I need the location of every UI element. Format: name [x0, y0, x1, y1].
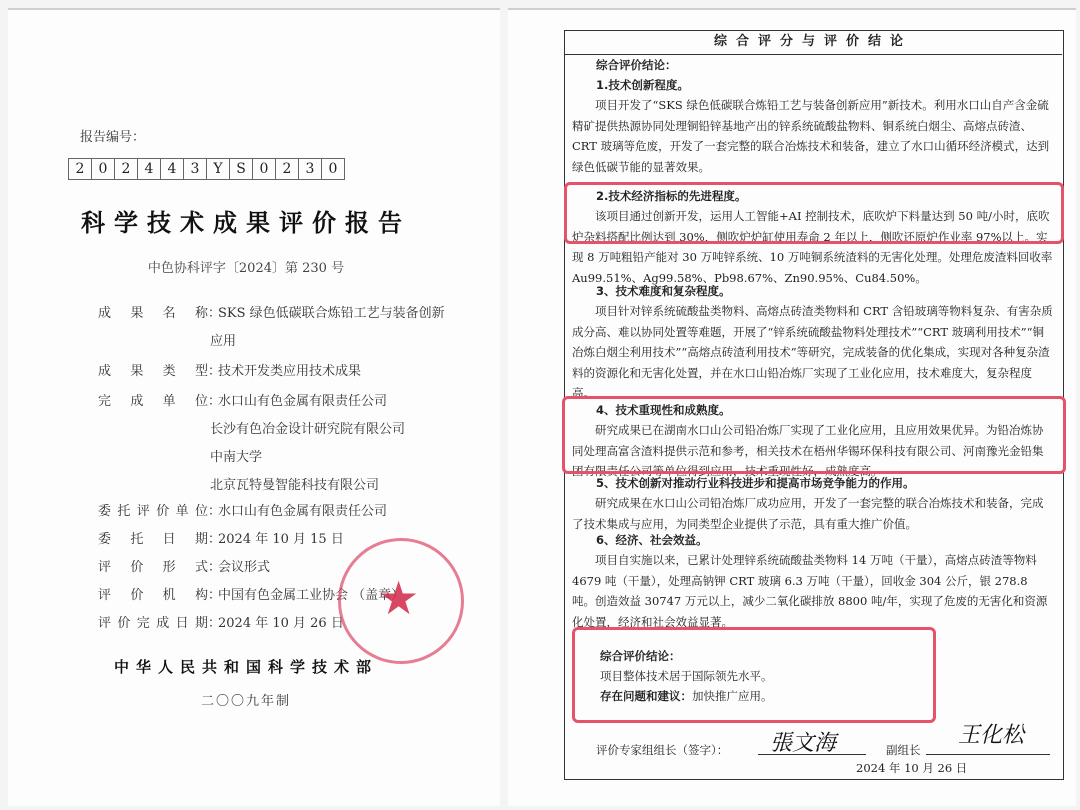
section-body: 研究成果在水口山公司铅冶炼厂成功应用，开发了一套完整的联合冶炼技术和装备，完成了… — [572, 493, 1054, 534]
field-value: SKS 绿色低碳联合炼铅工艺与装备创新 — [218, 302, 445, 321]
field-row: 成果名称：SKS 绿色低碳联合炼铅工艺与装备创新 — [98, 302, 445, 321]
field-label: 成果名称 — [98, 302, 208, 321]
section-title: 1.技术创新程度。 — [596, 75, 1054, 96]
form-header: 综合评分与评价结论 — [564, 30, 1062, 55]
report-number-char: 2 — [276, 159, 299, 179]
section-title: 3、技术难度和复杂程度。 — [596, 281, 1054, 302]
issues-line: 存在问题和建议：加快推广应用。 — [600, 686, 773, 706]
report-number-char: 0 — [322, 159, 344, 179]
highlight-box-section-4 — [562, 396, 1066, 474]
section-title: 6、经济、社会效益。 — [596, 530, 1054, 551]
report-number-char: 0 — [92, 159, 115, 179]
field-colon: ： — [208, 302, 218, 321]
report-number-char: 3 — [299, 159, 322, 179]
report-number-boxes: 202443YS0230 — [68, 158, 345, 180]
deputy-signature: 王化松 — [958, 718, 1024, 749]
field-value: 2024 年 10 月 15 日 — [218, 528, 344, 547]
report-number-char: 0 — [253, 159, 276, 179]
field-value-continuation: 北京瓦特曼智能科技有限公司 — [210, 474, 379, 493]
field-row: 评价形式：会议形式 — [98, 556, 270, 575]
field-colon: ： — [208, 528, 218, 547]
field-row: 委托评价单位：水口山有色金属有限责任公司 — [98, 500, 387, 519]
highlight-box-section-2 — [564, 182, 1064, 244]
section-body: 项目开发了“SKS 绿色低碳联合炼铅工艺与装备创新应用”新技术。利用水口山自产含… — [572, 95, 1054, 177]
field-label: 评价完成日期 — [98, 612, 208, 631]
field-label: 评价机构 — [98, 584, 208, 603]
field-colon: ： — [208, 584, 218, 603]
field-row: 评价完成日期：2024 年 10 月 26 日 — [98, 612, 344, 631]
field-label: 委托日期 — [98, 528, 208, 547]
field-row: 成果类型：技术开发类应用技术成果 — [98, 360, 361, 379]
issues-label: 存在问题和建议： — [600, 689, 692, 703]
field-label: 评价形式 — [98, 556, 208, 575]
report-number-label: 报告编号： — [80, 126, 145, 145]
issuing-ministry: 中华人民共和国科学技术部 — [0, 656, 492, 677]
field-value: 会议形式 — [218, 556, 270, 575]
year-made: 二〇〇九年制 — [0, 690, 492, 709]
leader-signature: 張文海 — [770, 726, 836, 757]
field-colon: ： — [208, 500, 218, 519]
report-number-char: 3 — [184, 159, 207, 179]
report-number-char: 4 — [138, 159, 161, 179]
document-number: 中色协科评字〔2024〕第 230 号 — [0, 257, 492, 276]
field-label: 完成单位 — [98, 390, 208, 409]
field-value: 技术开发类应用技术成果 — [218, 360, 361, 379]
star-icon: ★ — [378, 575, 419, 621]
field-value: 2024 年 10 月 26 日 — [218, 612, 344, 631]
field-value: 水口山有色金属有限责任公司 — [218, 500, 387, 519]
report-number-char: 2 — [115, 159, 138, 179]
field-value-continuation: 中南大学 — [210, 446, 262, 465]
conclusion-text: 项目整体技术居于国际领先水平。 — [600, 666, 773, 686]
report-number-char: 4 — [161, 159, 184, 179]
report-number-char: Y — [207, 159, 230, 179]
field-row: 委托日期：2024 年 10 月 15 日 — [98, 528, 344, 547]
leader-sign-label: 评价专家组组长（签字）： — [596, 742, 728, 758]
field-value-continuation: 长沙有色冶金设计研究院有限公司 — [210, 418, 405, 437]
field-value: 水口山有色金属有限责任公司 — [218, 390, 387, 409]
field-label: 委托评价单位 — [98, 500, 208, 519]
report-number-char: S — [230, 159, 253, 179]
field-colon: ： — [208, 390, 218, 409]
section-body: 项目针对锌系统硫酸盐类物料、高熔点砖渣类物料和 CRT 含铅玻璃等物料复杂、有害… — [572, 301, 1054, 404]
field-colon: ： — [208, 612, 218, 631]
field-row: 完成单位：水口山有色金属有限责任公司 — [98, 390, 387, 409]
section-title: 5、技术创新对推动行业科技进步和提高市场竞争能力的作用。 — [596, 473, 1054, 494]
intro-label: 综合评价结论： — [596, 55, 1078, 76]
field-colon: ： — [208, 360, 218, 379]
field-colon: ： — [208, 556, 218, 575]
report-number-char: 2 — [69, 159, 92, 179]
report-title: 科学技术成果评价报告 — [0, 203, 492, 238]
deputy-sign-label: 副组长 — [886, 742, 921, 758]
deputy-sign-line — [926, 754, 1050, 755]
issues-text: 加快推广应用。 — [692, 689, 773, 703]
conclusion-label: 综合评价结论： — [600, 646, 681, 666]
sign-date: 2024 年 10 月 26 日 — [856, 760, 967, 776]
field-value-continuation: 应用 — [210, 330, 236, 349]
section-body: 项目自实施以来，已累计处理锌系统硫酸盐类物料 14 万吨（干量），高熔点砖渣等物… — [572, 550, 1054, 632]
field-label: 成果类型 — [98, 360, 208, 379]
official-seal: ★ — [338, 538, 464, 664]
